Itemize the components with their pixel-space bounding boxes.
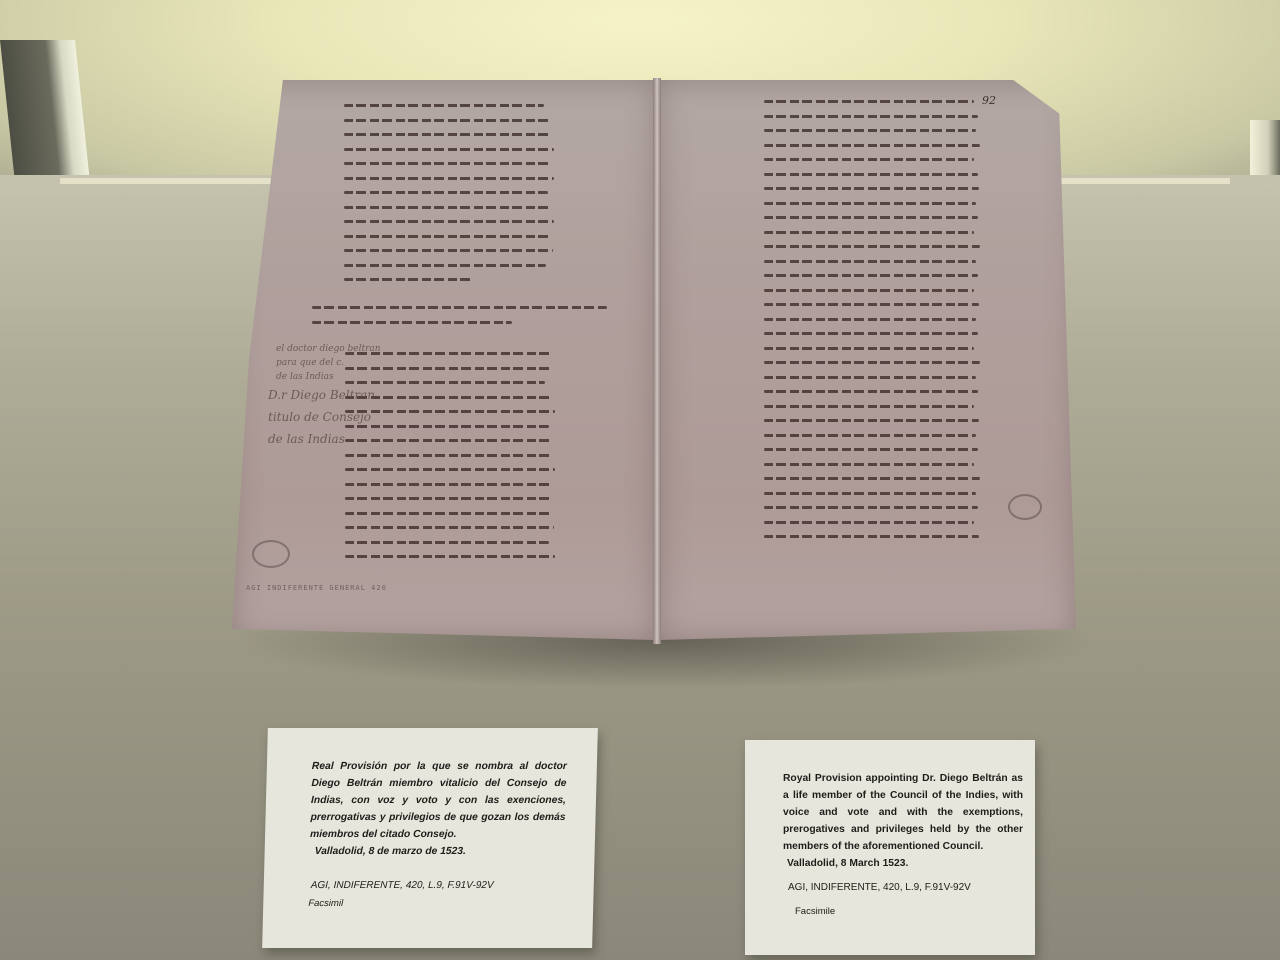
margin-note-line: D.r Diego Beltran (268, 384, 381, 406)
archive-stamp-icon (1008, 494, 1042, 520)
handwriting-block-left-upper (344, 104, 556, 293)
margin-note-line: el doctor diego beltran (276, 342, 381, 356)
book-gutter (653, 78, 661, 644)
exhibit-label-spanish: Real Provisión por la que se nombra al d… (262, 728, 598, 948)
label-document-type: Facsimile (795, 906, 835, 917)
archive-mark: AGI INDIFERENTE GENERAL 420 (246, 584, 387, 592)
handwriting-heading-left (312, 306, 612, 335)
archive-stamp-icon (252, 540, 290, 568)
handwriting-block-right (764, 100, 986, 550)
margin-note-line: para que del c. (276, 356, 381, 370)
label-date: Valladolid, 8 March 1523. (787, 858, 908, 869)
margin-note-line: de las Indias (268, 428, 381, 450)
label-description: Royal Provision appointing Dr. Diego Bel… (783, 770, 1023, 855)
label-description: Real Provisión por la que se nombra al d… (310, 758, 567, 843)
margin-note-line: de las Indias (276, 370, 381, 384)
label-archive-reference: AGI, INDIFERENTE, 420, L.9, F.91V-92V (311, 880, 494, 891)
label-date: Valladolid, 8 de marzo de 1523. (315, 846, 467, 857)
label-document-type: Facsimil (308, 898, 343, 909)
folio-number: 92 (982, 94, 996, 107)
exhibit-label-english: Royal Provision appointing Dr. Diego Bel… (745, 740, 1035, 955)
margin-note: el doctor diego beltran para que del c. … (276, 342, 381, 450)
label-archive-reference: AGI, INDIFERENTE, 420, L.9, F.91V-92V (788, 882, 971, 893)
margin-note-line: titulo de Consejo (268, 406, 381, 428)
